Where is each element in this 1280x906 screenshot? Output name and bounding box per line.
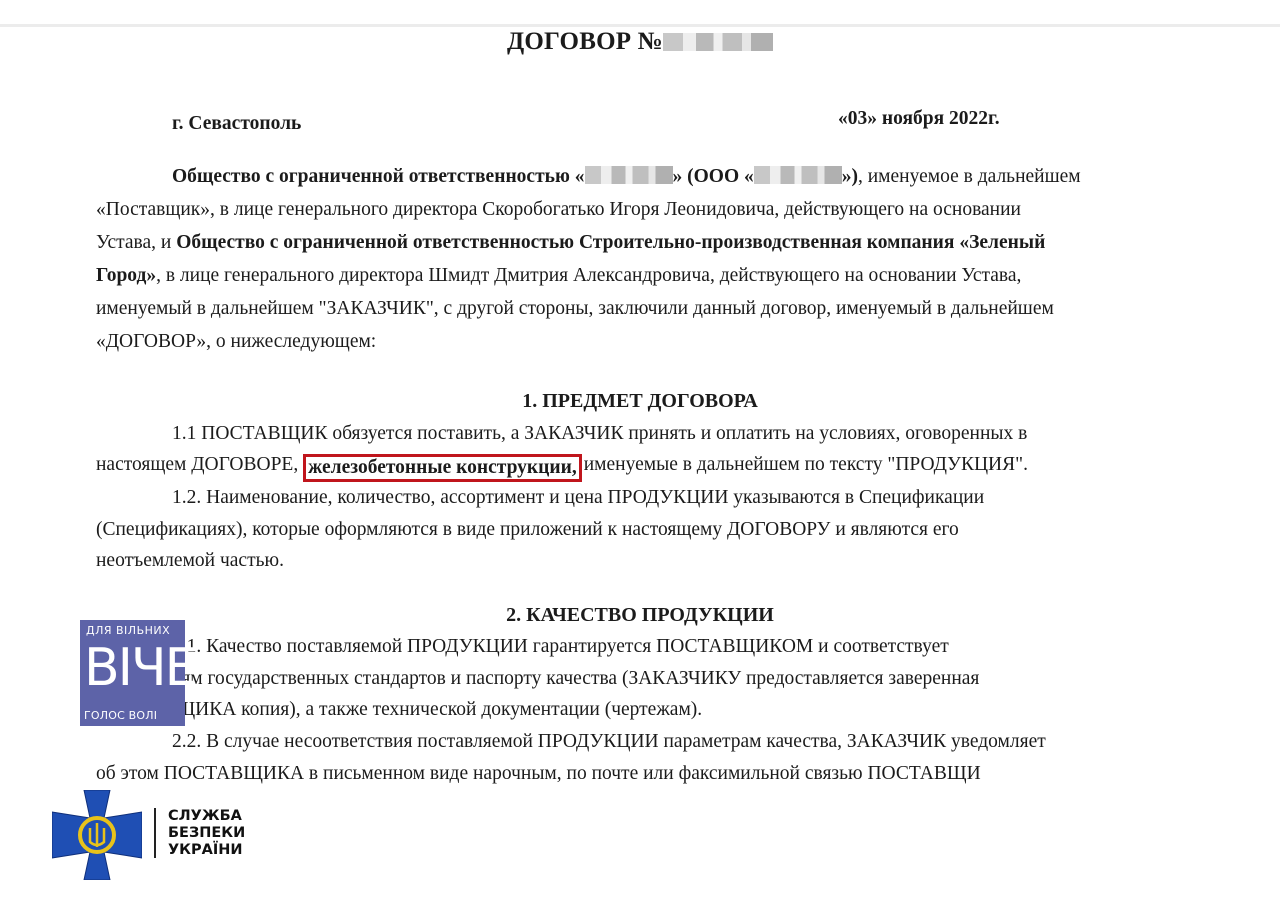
date: «03» ноября 2022г. (838, 108, 1000, 130)
clause-1-2-line-2: (Спецификациях), которые оформляются в в… (96, 519, 1190, 541)
preamble-line-2: «Поставщик», в лице генерального директо… (96, 199, 1190, 221)
clause-1-2-line-3: неотъемлемой частью. (96, 550, 1190, 572)
clause-2-1-line-2: требованиям государственных стандартов и… (96, 668, 1190, 690)
sbu-emblem-icon (52, 790, 142, 885)
viche-watermark-logo: ДЛЯ ВІЛЬНИХ ВІЧЕ ГОЛОС ВОЛІ (80, 620, 185, 726)
city: г. Севастополь (172, 113, 301, 135)
agency-name: СЛУЖБА БЕЗПЕКИ УКРАЇНИ (168, 808, 245, 859)
clause-1-1-line-2: настоящем ДОГОВОРЕ, железобетонные конст… (96, 454, 1190, 482)
preamble-line-1: Общество с ограниченной ответственностью… (172, 166, 1190, 188)
section-1-heading: 1. ПРЕДМЕТ ДОГОВОРА (0, 390, 1280, 413)
preamble-line-3: Устава, и Общество с ограниченной ответс… (96, 232, 1190, 254)
divider (154, 808, 156, 858)
clause-2-2-line-1: 2.2. В случае несоответствия поставляемо… (172, 731, 1190, 753)
clause-2-1-line-1: 2.1. Качество поставляемой ПРОДУКЦИИ гар… (172, 636, 1190, 658)
top-band (0, 0, 1280, 27)
clause-1-2-line-1: 1.2. Наименование, количество, ассортиме… (172, 487, 1190, 509)
highlighted-product: железобетонные конструкции, (303, 454, 582, 482)
preamble-line-5: именуемый в дальнейшем "ЗАКАЗЧИК", с дру… (96, 298, 1190, 320)
redacted-number (663, 33, 773, 51)
section-2-heading: 2. КАЧЕСТВО ПРОДУКЦИИ (0, 604, 1280, 627)
preamble-line-4: Город», в лице генерального директора Шм… (96, 265, 1190, 287)
preamble-line-6: «ДОГОВОР», о нижеследующем: (96, 331, 1190, 353)
contract-title: ДОГОВОР № (0, 28, 1280, 56)
clause-1-1-line-1: 1.1 ПОСТАВЩИК обязуется поставить, а ЗАК… (172, 423, 1190, 445)
clause-2-2-line-2: об этом ПОСТАВЩИКА в письменном виде нар… (96, 763, 1190, 785)
clause-2-1-line-3: ПОСТАВЩИКА копия), а также технической д… (96, 699, 1190, 721)
